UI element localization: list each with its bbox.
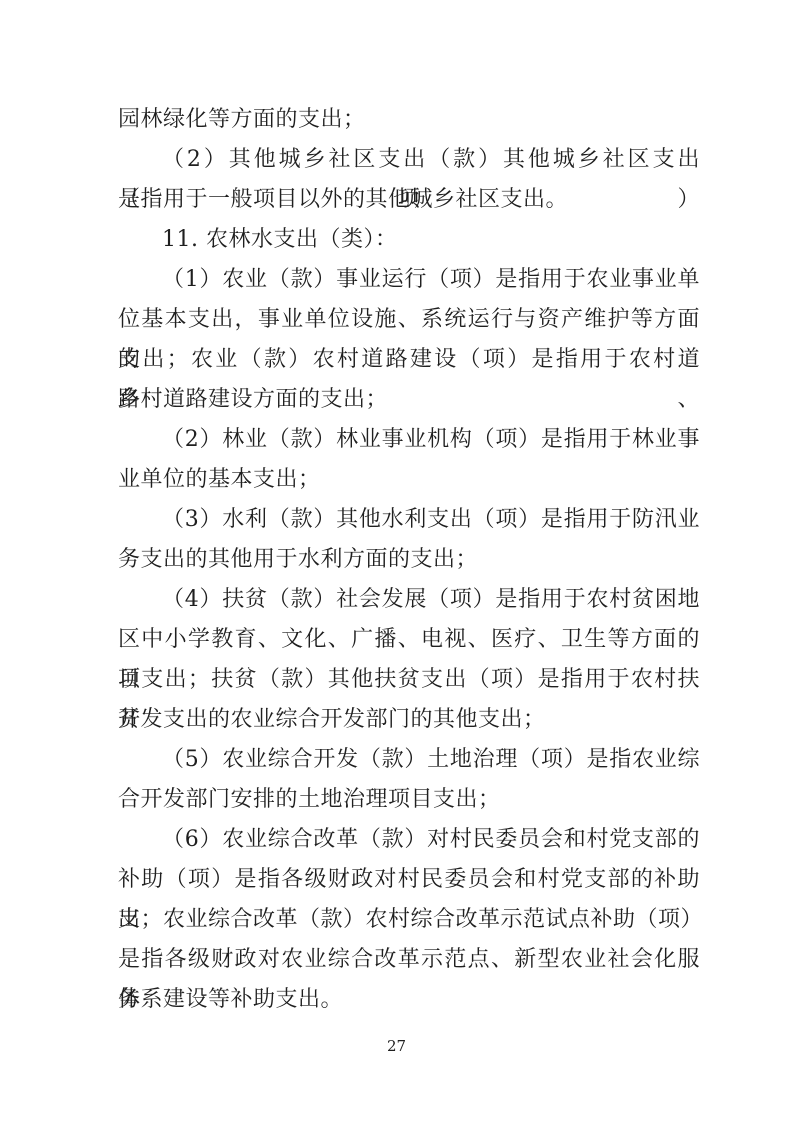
document-text-block: 园林绿化等方面的支出；（2）其他城乡社区支出（款）其他城乡社区支出（项）是指用于…: [118, 100, 700, 1020]
page-footer: 27: [0, 1036, 793, 1055]
text-line: （2）其他城乡社区支出（款）其他城乡社区支出（项）: [118, 140, 700, 180]
text-line: 区中小学教育、文化、广播、电视、医疗、卫生等方面的项: [118, 620, 700, 660]
text-line: 位基本支出，事业单位设施、系统运行与资产维护等方面的: [118, 300, 700, 340]
text-line: 体系建设等补助支出。: [118, 980, 700, 1020]
page-number: 27: [387, 1037, 406, 1055]
text-line: （5）农业综合开发（款）土地治理（项）是指农业综: [118, 740, 700, 780]
text-line: 出；农业综合改革（款）农村综合改革示范试点补助（项）: [118, 900, 700, 940]
text-line: 补助（项）是指各级财政对村民委员会和村党支部的补助支: [118, 860, 700, 900]
text-line: 目支出；扶贫（款）其他扶贫支出（项）是指用于农村扶贫: [118, 660, 700, 700]
text-line: （6）农业综合改革（款）对村民委员会和村党支部的: [118, 820, 700, 860]
text-line: 务支出的其他用于水利方面的支出；: [118, 540, 700, 580]
text-line: 开发支出的农业综合开发部门的其他支出；: [118, 700, 700, 740]
text-line: 11. 农林水支出（类）：: [118, 220, 700, 260]
text-line: （4）扶贫（款）社会发展（项）是指用于农村贫困地: [118, 580, 700, 620]
text-line: （3）水利（款）其他水利支出（项）是指用于防汛业: [118, 500, 700, 540]
text-line: 园林绿化等方面的支出；: [118, 100, 700, 140]
text-line: 支出；农业（款）农村道路建设（项）是指用于农村道路、: [118, 340, 700, 380]
text-line: （1）农业（款）事业运行（项）是指用于农业事业单: [118, 260, 700, 300]
document-page: 园林绿化等方面的支出；（2）其他城乡社区支出（款）其他城乡社区支出（项）是指用于…: [0, 0, 793, 1122]
text-line: （2）林业（款）林业事业机构（项）是指用于林业事: [118, 420, 700, 460]
text-line: 合开发部门安排的土地治理项目支出；: [118, 780, 700, 820]
text-line: 是指各级财政对农业综合改革示范点、新型农业社会化服务: [118, 940, 700, 980]
text-line: 业单位的基本支出；: [118, 460, 700, 500]
